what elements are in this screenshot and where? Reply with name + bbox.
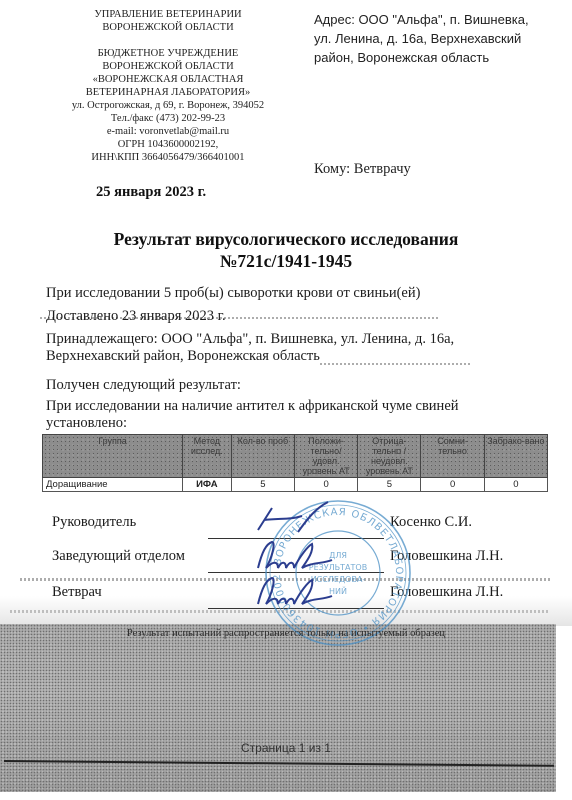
finding-line-1: При исследовании на наличие антител к аф… — [46, 398, 546, 415]
table-header-row: Группа Метод исслед. Кол-во проб Положи-… — [43, 435, 548, 478]
cell-group: Доращивание — [43, 478, 183, 492]
owner-line-2: Верхнехавский район, Воронежская область — [46, 348, 546, 365]
finding-line-2: установлено: — [46, 415, 546, 432]
cell-positive: 0 — [294, 478, 357, 492]
recipient-address: Адрес: ООО "Альфа", п. Вишневка, ул. Лен… — [314, 10, 564, 67]
signature-scribble-head-icon — [250, 498, 340, 538]
signature-role: Руководитель — [52, 514, 136, 531]
institution-line-4: ВЕТЕРИНАРНАЯ ЛАБОРАТОРИЯ» — [48, 86, 288, 99]
org-email: e-mail: voronvetlab@mail.ru — [48, 125, 288, 138]
column-header-rejected: Забрако-вано — [484, 435, 547, 478]
title-number: №721с/1941-1945 — [0, 250, 572, 272]
institution-line-3: «ВОРОНЕЖСКАЯ ОБЛАСТНАЯ — [48, 73, 288, 86]
signature-role: Заведующий отделом — [52, 548, 185, 565]
recipient-to: Кому: Ветврачу — [314, 161, 411, 178]
column-header-doubtful: Сомни-тельно — [421, 435, 484, 478]
owner-line-1: Принадлежащего: ООО "Альфа", п. Вишневка… — [46, 331, 546, 348]
document-title: Результат вирусологического исследования… — [0, 228, 572, 272]
org-phone: Тел./факс (473) 202-99-23 — [48, 112, 288, 125]
cell-method: ИФА — [182, 478, 231, 492]
address-line-2: ул. Ленина, д. 16а, Верхнехавский — [314, 29, 564, 48]
owner-text: Принадлежащего: ООО "Альфа", п. Вишневка… — [46, 331, 546, 365]
column-header-method: Метод исслед. — [182, 435, 231, 478]
signature-role: Ветврач — [52, 584, 102, 601]
document-page: УПРАВЛЕНИЕ ВЕТЕРИНАРИИ ВОРОНЕЖСКОЙ ОБЛАС… — [0, 0, 572, 800]
column-header-negative: Отрица-тельно / неудовл. уровень АТ — [358, 435, 421, 478]
org-ogrn: ОГРН 1043600002192, — [48, 138, 288, 151]
column-header-positive: Положи-тельно/ удовл. уровень АТ — [294, 435, 357, 478]
authority-line-2: ВОРОНЕЖСКОЙ ОБЛАСТИ — [48, 21, 288, 34]
samples-text: При исследовании 5 проб(ы) сыворотки кро… — [46, 285, 546, 302]
disclaimer-text: Результат испытаний распространяется тол… — [0, 628, 572, 639]
address-line-3: район, Воронежская область — [314, 48, 564, 67]
delivered-text: Доставлено 23 января 2023 г. — [46, 308, 546, 325]
column-header-count: Кол-во проб — [231, 435, 294, 478]
institution-line-2: ВОРОНЕЖСКОЙ ОБЛАСТИ — [48, 60, 288, 73]
finding-text: При исследовании на наличие антител к аф… — [46, 398, 546, 432]
table-row: Доращивание ИФА 5 0 5 0 0 — [43, 478, 548, 492]
institution-line-1: БЮДЖЕТНОЕ УЧРЕЖДЕНИЕ — [48, 47, 288, 60]
signature-scribble-vet-icon — [252, 574, 342, 610]
column-header-group: Группа — [43, 435, 183, 478]
authority-line-1: УПРАВЛЕНИЕ ВЕТЕРИНАРИИ — [48, 8, 288, 21]
result-intro: Получен следующий результат: — [46, 377, 546, 394]
title-line-1: Результат вирусологического исследования — [0, 228, 572, 250]
org-street: ул. Острогожская, д 69, г. Воронеж, 3940… — [48, 99, 288, 112]
cell-negative: 5 — [358, 478, 421, 492]
address-line-1: Адрес: ООО "Альфа", п. Вишневка, — [314, 10, 564, 29]
cell-count: 5 — [231, 478, 294, 492]
scan-noise-band — [0, 624, 556, 792]
signature-scribble-department-icon — [252, 538, 342, 574]
page-number: Страница 1 из 1 — [0, 741, 572, 755]
document-date: 25 января 2023 г. — [96, 184, 206, 201]
results-table: Группа Метод исслед. Кол-во проб Положи-… — [42, 434, 548, 492]
organization-header: УПРАВЛЕНИЕ ВЕТЕРИНАРИИ ВОРОНЕЖСКОЙ ОБЛАС… — [48, 8, 288, 164]
org-inn-kpp: ИНН\КПП 3664056479/366401001 — [48, 151, 288, 164]
cell-doubtful: 0 — [421, 478, 484, 492]
cell-rejected: 0 — [484, 478, 547, 492]
